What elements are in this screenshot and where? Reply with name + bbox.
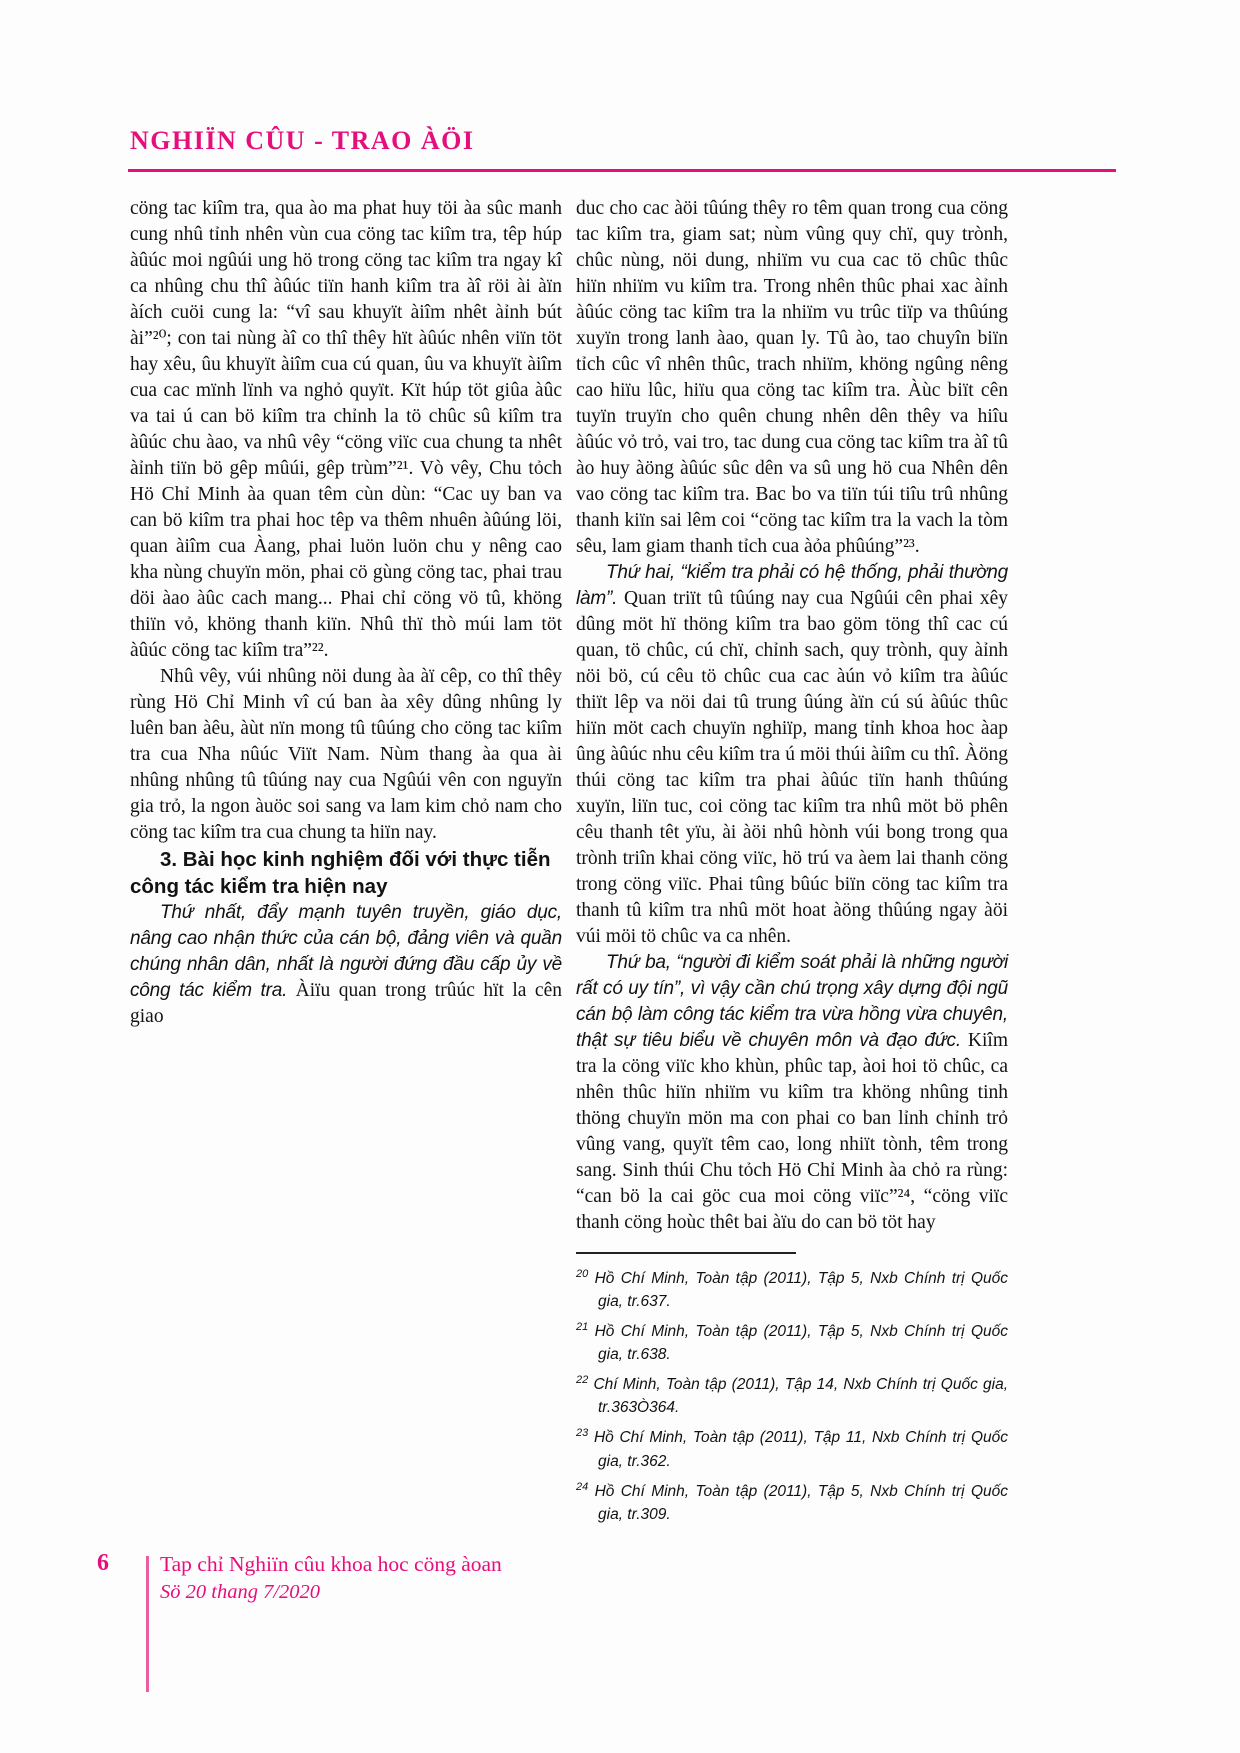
footnote-marker: 23 bbox=[576, 1427, 588, 1439]
footnote-marker: 22 bbox=[576, 1374, 588, 1386]
footnote-separator bbox=[576, 1252, 796, 1254]
footnote-text: Hồ Chí Minh, Toàn tập (2011), Tập 5, Nxb… bbox=[595, 1323, 1008, 1363]
footnote: 23 Hồ Chí Minh, Toàn tập (2011), Tập 11,… bbox=[576, 1422, 1008, 1472]
footnote-text: Hồ Chí Minh, Toàn tập (2011), Tập 11, Nx… bbox=[594, 1430, 1008, 1470]
footnotes-block: 20 Hồ Chí Minh, Toàn tập (2011), Tập 5, … bbox=[576, 1252, 1008, 1526]
footer-issue: Sö 20 thang 7/2020 bbox=[160, 1581, 320, 1604]
paragraph: Thứ ba, “người đi kiểm soát phải là nhữn… bbox=[576, 950, 1008, 1236]
page-number: 6 bbox=[97, 1550, 109, 1577]
paragraph: Thứ hai, “kiểm tra phải có hệ thống, phả… bbox=[576, 560, 1008, 950]
journal-page: NGHIÏN CÛU - TRAO ÀÖI cöng tac kiîm tra,… bbox=[0, 0, 1240, 1753]
footnote-marker: 21 bbox=[576, 1321, 588, 1333]
footnote: 22 Chí Minh, Toàn tập (2011), Tập 14, Nx… bbox=[576, 1369, 1008, 1419]
header-rule bbox=[128, 169, 1116, 172]
section-title: NGHIÏN CÛU - TRAO ÀÖI bbox=[130, 126, 475, 156]
footnote-text: Hồ Chí Minh, Toàn tập (2011), Tập 5, Nxb… bbox=[595, 1483, 1008, 1523]
emphasis-lead: Thứ ba, “người đi kiểm soát phải là nhữn… bbox=[576, 952, 1008, 1051]
paragraph: Nhû vêy, vúi nhûng nöi dung àa àï cêp, c… bbox=[130, 664, 562, 846]
footnote: 20 Hồ Chí Minh, Toàn tập (2011), Tập 5, … bbox=[576, 1263, 1008, 1313]
footnote: 21 Hồ Chí Minh, Toàn tập (2011), Tập 5, … bbox=[576, 1316, 1008, 1366]
paragraph: Thứ nhất, đẩy mạnh tuyên truyền, giáo dụ… bbox=[130, 900, 562, 1030]
footnote-marker: 24 bbox=[576, 1481, 588, 1493]
footnote-text: Hồ Chí Minh, Toàn tập (2011), Tập 5, Nxb… bbox=[595, 1270, 1008, 1310]
footnote-text: Chí Minh, Toàn tập (2011), Tập 14, Nxb C… bbox=[593, 1376, 1008, 1416]
paragraph: cöng tac kiîm tra, qua ào ma phat huy tö… bbox=[130, 196, 562, 664]
article-body: cöng tac kiîm tra, qua ào ma phat huy tö… bbox=[130, 196, 1008, 1529]
right-column: duc cho cac àöi tûúng thêy ro têm quan t… bbox=[576, 196, 1008, 1529]
paragraph: duc cho cac àöi tûúng thêy ro têm quan t… bbox=[576, 196, 1008, 560]
footnote-marker: 20 bbox=[576, 1268, 588, 1280]
footnote: 24 Hồ Chí Minh, Toàn tập (2011), Tập 5, … bbox=[576, 1476, 1008, 1526]
paragraph-text: Kiîm tra la cöng viïc kho khùn, phûc tap… bbox=[576, 1030, 1008, 1233]
footer-divider bbox=[146, 1556, 149, 1692]
left-column: cöng tac kiîm tra, qua ào ma phat huy tö… bbox=[130, 196, 562, 1529]
paragraph-text: Quan triït tû tûúng nay cua Ngûúi cên ph… bbox=[576, 588, 1008, 947]
section-heading: 3. Bài học kinh nghiệm đối với thực tiễn… bbox=[130, 846, 562, 900]
footer-journal-title: Tap chỉ Nghiïn cûu khoa hoc cöng àoan bbox=[160, 1552, 502, 1577]
